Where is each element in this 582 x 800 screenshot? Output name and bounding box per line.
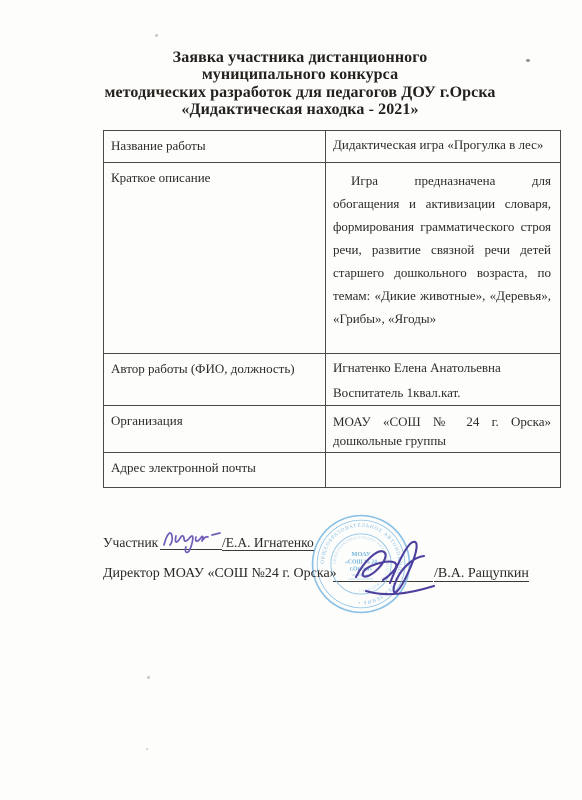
cell-value-author: Игнатенко Елена Анатольевна Воспитатель … [326, 354, 561, 406]
table-row-email: Адрес электронной почты [104, 453, 561, 488]
scan-speck [146, 748, 148, 750]
application-table: Название работы Дидактическая игра «Прог… [103, 130, 561, 488]
cell-label-description: Краткое описание [104, 163, 326, 354]
scan-speck [147, 676, 150, 679]
author-name: Игнатенко Елена Анатольевна [333, 360, 553, 376]
title-line-2: муниципального конкурса [16, 66, 582, 83]
scan-speck [526, 59, 530, 62]
cell-label-email: Адрес электронной почты [104, 453, 326, 488]
table-row-description: Краткое описание Игра предназначена для … [104, 163, 561, 354]
director-label: Директор МОАУ «СОШ №24 г. Орска» [103, 566, 337, 582]
title-line-3: методических разработок для педагогов ДО… [16, 84, 582, 101]
cell-label-author: Автор работы (ФИО, должность) [104, 354, 326, 406]
table-row-work-title: Название работы Дидактическая игра «Прог… [104, 131, 561, 163]
title-line-4: «Дидактическая находка - 2021» [16, 101, 582, 118]
cell-value-email [326, 453, 561, 488]
director-typed-name: /В.А. Ращупкин [434, 566, 529, 582]
table-row-author: Автор работы (ФИО, должность) Игнатенко … [104, 354, 561, 406]
scanned-application-page: Заявка участника дистанционного муниципа… [0, 0, 582, 800]
scan-speck [155, 34, 158, 37]
cell-label-work-title: Название работы [104, 131, 326, 163]
participant-handwritten-signature [158, 523, 224, 555]
cell-label-organization: Организация [104, 406, 326, 453]
participant-typed-name: /Е.А. Игнатенко [222, 535, 314, 551]
cell-value-work-title: Дидактическая игра «Прогулка в лес» [326, 131, 561, 163]
title-line-1: Заявка участника дистанционного [16, 49, 582, 66]
author-position: Воспитатель 1квал.кат. [333, 385, 553, 401]
document-title: Заявка участника дистанционного муниципа… [16, 49, 582, 119]
participant-label: Участник [103, 535, 158, 551]
table-row-organization: Организация МОАУ «СОШ № 24 г. Орска» дош… [104, 406, 561, 453]
director-handwritten-signature [344, 531, 440, 601]
cell-value-organization: МОАУ «СОШ № 24 г. Орска» дошкольные груп… [326, 406, 561, 453]
cell-value-description: Игра предназначена для обогащения и акти… [326, 163, 561, 354]
